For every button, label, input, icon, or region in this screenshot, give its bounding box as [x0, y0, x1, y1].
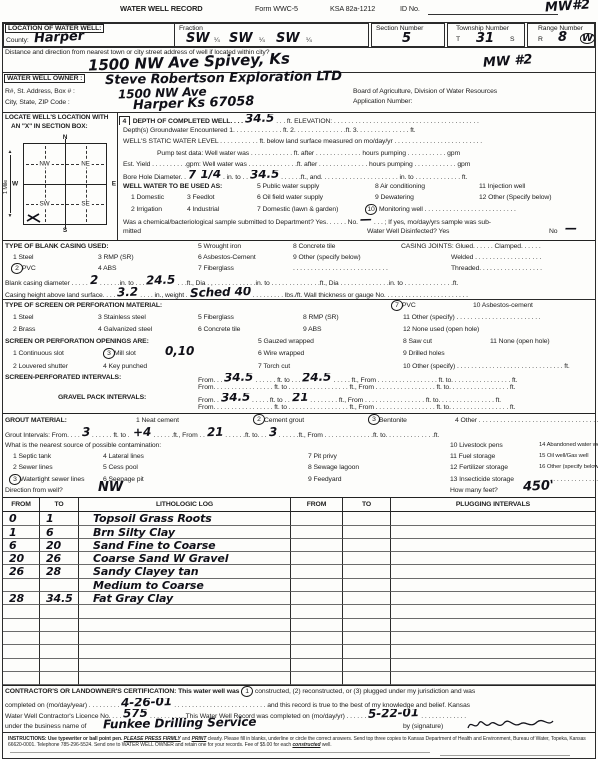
sample-question-cont: . . . ; If yes, mo/day/yrs sample was su… — [374, 219, 491, 226]
log-to-cell — [40, 579, 79, 592]
table-row: 28 34.5 Fat Gray Clay — [3, 592, 595, 605]
screen-perforated-line-2: From. . . . . . . . . . . . . . . . . ft… — [3, 383, 595, 393]
log-from-cell — [3, 672, 40, 685]
log-to-cell: 20 — [40, 539, 79, 552]
agency-name: Board of Agriculture, Division of Water … — [353, 88, 497, 95]
casing-option-1: 1 Steel — [13, 252, 33, 263]
table-row — [3, 645, 595, 658]
log-to-cell: 1 — [40, 512, 79, 525]
grout-option-3-label: Bentonite — [379, 414, 407, 427]
cert-line-4: under the business name of Funkee Drilli… — [3, 721, 595, 733]
grout-option-4: 4 Other . . . . . . . . . . . . . . . . … — [455, 414, 598, 427]
log-to-cell — [40, 619, 79, 632]
plugging-intervals-cell — [391, 645, 595, 658]
section-box-diagram: ▲ ▼ 1 Mile NW NE SW SE — [23, 143, 107, 225]
use-title: WELL WATER TO BE USED AS: — [123, 181, 222, 192]
use-option-9: 9 Dewatering — [375, 192, 414, 203]
plugging-intervals-cell — [391, 579, 595, 592]
screen-option-12: 12 None used (open hole) — [403, 324, 479, 335]
grout-seg-d: . . . . . .ft. to. . . — [225, 432, 266, 439]
fraction-divider — [174, 24, 175, 46]
plugging-intervals-cell — [391, 526, 595, 539]
contam-option-3-label: Watertight sewer lines — [20, 474, 84, 485]
contam-option-7: 7 Pit privy — [308, 451, 337, 462]
contam-row-2: 1 Septic tank 4 Lateral lines 7 Pit priv… — [3, 451, 595, 462]
elevation-label: . . . ft. ELEVATION: . . . . . . . . . .… — [276, 118, 479, 125]
screen-perforated-label: SCREEN-PERFORATED INTERVALS: — [5, 373, 121, 383]
plug-from-cell — [291, 672, 343, 685]
log-from-cell — [3, 632, 40, 645]
bore-label: Bore Hole Diameter. . — [123, 174, 186, 181]
log-to-cell: 34.5 — [40, 592, 79, 605]
plugging-intervals-cell — [391, 619, 595, 632]
plug-to-cell — [343, 579, 391, 592]
plug-from-cell — [291, 512, 343, 525]
table-row — [3, 632, 595, 645]
location-row: LOCATION OF WATER WELL: County: Harper F… — [3, 23, 595, 47]
quadrant-sw-label: SW — [38, 201, 52, 208]
screen-row-1: TYPE OF SCREEN OR PERFORATION MATERIAL: … — [3, 300, 595, 312]
log-description-cell: Brn Silty Clay — [79, 526, 291, 539]
contam-option-14: 14 Abandoned water well — [539, 440, 598, 451]
log-description-cell: Medium to Coarse — [79, 579, 291, 592]
plug-from-cell — [291, 565, 343, 578]
joints-threaded-label: Threaded. . . . . . . . . . . . . . . . … — [451, 263, 542, 274]
constructed-underlined: constructed — [292, 742, 320, 748]
weight-value-handwritten: Sched 40 — [189, 287, 250, 299]
city-value-handwritten: Harper Ks 67058 — [133, 94, 255, 113]
sample-line-1: Was a chemical/bacteriological sample su… — [117, 215, 595, 226]
log-to-cell: 28 — [40, 565, 79, 578]
sample-line-2: mitted Water Well Disinfected? Yes No — — [117, 226, 595, 237]
table-row: 26 28 Sandy Clayey tan — [3, 565, 595, 578]
bore-hole-line: Bore Hole Diameter. .7 1/4. in. to . .34… — [117, 170, 595, 181]
log-to-cell: 6 — [40, 526, 79, 539]
form-header: WATER WELL RECORD Form WWC-5 KSA 82a-121… — [0, 4, 598, 22]
well-location-x-mark — [26, 211, 42, 223]
contam-option-2: 2 Sewer lines — [13, 462, 53, 473]
log-from-cell: 28 — [3, 592, 40, 605]
openings-option-8: 8 Saw cut — [403, 336, 432, 347]
east-label: E — [112, 181, 116, 188]
sp-from-handwritten: 34.5 — [224, 373, 254, 383]
casing-option-3: 3 RMP (SR) — [98, 252, 134, 263]
plug-to-cell — [343, 552, 391, 565]
screen-row-2: 1 Steel 3 Stainless steel 5 Fiberglass 8… — [3, 312, 595, 324]
locate-line2: AN "X" IN SECTION BOX: — [11, 123, 88, 130]
log-from-cell: 0 — [3, 512, 40, 525]
completed-on-label: completed on (mo/day/year) . . . . . . .… — [5, 702, 119, 709]
id-blank-line — [428, 6, 558, 15]
depth-section: 4DEPTH OF COMPLETED WELL. . . .34.5. . .… — [117, 113, 595, 241]
log-from-cell — [3, 645, 40, 658]
plug-from-cell — [291, 526, 343, 539]
disinfected-label: Water Well Disinfected? Yes — [367, 226, 449, 237]
screen-option-11: 11 Other (specify) . . . . . . . . . . .… — [403, 312, 541, 323]
mile-arrow-up-icon: ▲ — [8, 149, 13, 155]
use-row-3: 2 Irrigation 4 Industrial 7 Domestic (la… — [117, 204, 595, 215]
township-value-handwritten: 31 — [476, 31, 494, 46]
plugging-intervals-cell — [391, 605, 595, 618]
id-label: ID No. — [400, 4, 420, 13]
instructions-tail: well. — [321, 742, 332, 748]
openings-option-10: 10 Other (specify) . . . . . . . . . . .… — [403, 361, 570, 372]
plugging-intervals-cell — [391, 565, 595, 578]
contam-option-16: 16 Other (specify below) — [539, 462, 598, 473]
use-row-2: 1 Domestic 3 Feedlot 6 Oil field water s… — [117, 192, 595, 203]
section-number-handwritten: 5 — [402, 31, 411, 46]
log-from-cell — [3, 659, 40, 672]
contam-option-10: 10 Livestock pens — [450, 440, 503, 451]
log-description-cell: Sandy Clayey tan — [79, 565, 291, 578]
plug-to-cell — [343, 619, 391, 632]
disinfected-no-label: No — [549, 226, 558, 237]
openings-option-11: 11 None (open hole) — [490, 336, 550, 347]
locate-line1: LOCATE WELL'S LOCATION WITH — [5, 114, 108, 121]
use-row-1: WELL WATER TO BE USED AS: 5 Public water… — [117, 181, 595, 192]
joints-welded-label: Welded . . . . . . . . . . . . . . . . .… — [451, 252, 541, 263]
log-description-cell — [79, 672, 291, 685]
log-from-cell: 1 — [3, 526, 40, 539]
section-4-number: 4 — [119, 116, 130, 125]
locate-panel: LOCATE WELL'S LOCATION WITH AN "X" IN SE… — [3, 113, 118, 240]
plug-from-cell — [291, 645, 343, 658]
openings-option-6: 6 Wire wrapped — [258, 348, 304, 359]
log-description-cell — [79, 645, 291, 658]
plug-to-cell — [343, 592, 391, 605]
grout-seg-e: . . . . . .ft., From . . . . . . . . . .… — [279, 432, 439, 439]
wall-thickness-label: . . . . . . . . . lbs./ft. Wall thicknes… — [253, 292, 468, 299]
screen-option-5: 5 Fiberglass — [198, 312, 234, 323]
quadrant-nw-label: NW — [37, 161, 51, 168]
screen-option-10: 10 Asbestos-cement — [473, 300, 533, 311]
log-description-cell — [79, 619, 291, 632]
east-west-line — [24, 184, 106, 185]
log-to-cell — [40, 632, 79, 645]
completed-date-handwritten: 4-26-01 — [121, 698, 172, 709]
mile-arrow-down-icon: ▼ — [8, 213, 13, 219]
casing-height-line: Casing height above land surface. . . .3… — [3, 287, 595, 299]
contam-option-1: 1 Septic tank — [13, 451, 51, 462]
bore-depth-handwritten: 34.5 — [250, 170, 280, 181]
grout-option-1: 1 Neat cement — [136, 414, 179, 427]
plug-from-cell — [291, 659, 343, 672]
bore-diameter-handwritten: 7 1/4 — [188, 170, 221, 181]
contam-row-4: 3 Watertight sewer lines 6 Seepage pit 9… — [3, 474, 595, 485]
openings-row-1: SCREEN OR PERFORATION OPENINGS ARE: 5 Ga… — [3, 336, 595, 348]
plugging-intervals-cell — [391, 552, 595, 565]
range-direction-handwritten: W — [580, 33, 595, 44]
use-option-1: 1 Domestic — [131, 192, 164, 203]
signature-label: by (signature) — [403, 721, 443, 733]
lithologic-log-table: FROM TO LITHOLOGIC LOG FROM TO PLUGGING … — [3, 497, 595, 685]
log-description-cell: Coarse Sand W Gravel — [79, 552, 291, 565]
use-option-4: 4 Industrial — [187, 204, 219, 215]
plug-to-cell — [343, 659, 391, 672]
screen-option-3: 3 Stainless steel — [98, 312, 146, 323]
township-s-label: S — [510, 36, 514, 43]
screen-perforated-line-1: SCREEN-PERFORATED INTERVALS: From. . .34… — [3, 373, 595, 383]
table-row: 20 26 Coarse Sand W Gravel — [3, 552, 595, 565]
slot-size-handwritten: 0,10 — [165, 346, 194, 357]
contamination-section: What is the nearest source of possible c… — [3, 440, 595, 497]
county-label: County: — [6, 37, 29, 44]
owner-label: WATER WELL OWNER : — [4, 74, 85, 83]
cert-true-statement: . . . . . . . . . . . . . . . . . . . . … — [174, 702, 470, 709]
grout-to2-handwritten: 3 — [268, 427, 277, 439]
contam-option-9: 9 Feedyard — [308, 474, 341, 485]
grout-intervals-line: Grout Intervals: From. . . .3. . . . . .… — [3, 427, 595, 440]
screen-material-section: TYPE OF SCREEN OR PERFORATION MATERIAL: … — [3, 299, 595, 336]
cert-line-2: completed on (mo/day/year) . . . . . . .… — [3, 698, 595, 710]
form-title: WATER WELL RECORD — [120, 4, 203, 13]
business-name-handwritten: Funkee Drilling Service — [103, 716, 257, 730]
south-label: S — [63, 227, 67, 234]
dashed-line — [86, 146, 87, 222]
how-many-feet-label: How many feet? — [450, 485, 498, 496]
log-description-cell — [79, 659, 291, 672]
signature-scribble — [465, 715, 555, 733]
distance-row: Distance and direction from nearest town… — [3, 47, 595, 72]
plug-to-cell — [343, 539, 391, 552]
direction-label: Direction from well? — [5, 485, 63, 496]
disinfected-no-mark-handwritten: — — [565, 223, 577, 234]
use-option-2: 2 Irrigation — [131, 204, 162, 215]
quarter-glyph-3: ¼ — [306, 37, 312, 44]
casing-title: TYPE OF BLANK CASING USED: — [5, 241, 109, 252]
contam-option-11: 11 Fuel storage — [450, 451, 495, 462]
header-plug-from: FROM — [291, 498, 343, 511]
quarter-glyph-1: ¼ — [214, 37, 220, 44]
section-number-box: Section Number 5 — [371, 23, 445, 47]
casing-option-2-label: PVC — [22, 263, 36, 274]
cert-title: CONTRACTOR'S OR LANDOWNER'S CERTIFICATIO… — [5, 688, 239, 695]
openings-option-5: 5 Gauzed wrapped — [258, 336, 314, 347]
water-well-record-form: WATER WELL RECORD Form WWC-5 KSA 82a-121… — [0, 0, 598, 759]
table-row — [3, 659, 595, 672]
table-row: Medium to Coarse — [3, 579, 595, 592]
location-box: LOCATION OF WATER WELL: County: Harper F… — [3, 23, 369, 47]
street-label: R#, St. Address, Box # : — [5, 88, 75, 95]
use-option-6: 6 Oil field water supply — [257, 192, 323, 203]
section-number-label: Section Number — [376, 25, 423, 32]
est-yield-line: Est. Yield . . . . . . . . . .gpm: Well … — [117, 159, 595, 170]
casing-joints-label: CASING JOINTS: Glued. . . . . . Clamped.… — [401, 241, 541, 252]
intervals-section: SCREEN-PERFORATED INTERVALS: From. . .34… — [3, 373, 595, 413]
instr-and: and — [181, 736, 192, 742]
grout-option-2-label: Cement grout — [264, 414, 304, 427]
address-row: R#, St. Address, Box # : 1500 NW Ave Boa… — [3, 86, 595, 112]
diameter-to-label: . . . . . .in. to . . . — [100, 280, 145, 287]
casing-row-1: TYPE OF BLANK CASING USED: 5 Wrought iro… — [3, 241, 595, 252]
use-option-7: 7 Domestic (lawn & garden) — [257, 204, 338, 215]
sample-no-mark-handwritten: — — [360, 215, 372, 225]
cert-options: constructed, (2) reconstructed, or (3) p… — [255, 688, 475, 695]
gp-from-handwritten: 34.5 — [221, 393, 251, 403]
plug-to-cell — [343, 672, 391, 685]
log-to-cell — [40, 659, 79, 672]
table-row — [3, 605, 595, 618]
openings-option-7: 7 Torch cut — [258, 361, 290, 372]
fraction-sw2-handwritten: SW — [229, 31, 253, 46]
log-to-cell — [40, 672, 79, 685]
west-label: W — [12, 181, 18, 188]
grout-seg-c: . . . . . .ft., From . . — [154, 432, 205, 439]
plug-from-cell — [291, 539, 343, 552]
casing-diameter-line: Blank casing diameter . . . . .2. . . . … — [3, 275, 595, 287]
grout-section: GROUT MATERIAL: 1 Neat cement 2 Cement g… — [3, 413, 595, 440]
table-row — [3, 672, 595, 685]
cert-constructed-circled: 1 — [241, 686, 253, 697]
use-option-12: 12 Other (Specify below) — [479, 192, 551, 203]
well-id-handwritten: MW#2 — [545, 0, 591, 16]
plug-from-cell — [291, 619, 343, 632]
openings-option-9: 9 Drilled holes — [403, 348, 445, 359]
diameter-value-handwritten: 2 — [89, 275, 98, 286]
pump-test-line: Pump test data: Well water was . . . . .… — [117, 148, 595, 159]
plugging-intervals-cell — [391, 672, 595, 685]
header-plug-to: TO — [343, 498, 391, 511]
plug-to-cell — [343, 512, 391, 525]
owner-row: WATER WELL OWNER : Steve Robertson Explo… — [3, 72, 595, 86]
business-name-label: under the business name of — [5, 721, 86, 733]
openings-option-4: 4 Key punched — [103, 361, 147, 372]
contam-option-5: 5 Cess pool — [103, 462, 138, 473]
gravel-pack-line-2: From. . . . . . . . . . . . . . . . . ft… — [3, 403, 595, 413]
log-to-cell — [40, 645, 79, 658]
header-to: TO — [40, 498, 79, 511]
contam-option-15: 15 Oil well/Gas well — [539, 451, 588, 462]
log-from-cell: 26 — [3, 565, 40, 578]
contam-question: What is the nearest source of possible c… — [5, 440, 161, 451]
contam-row-3: 2 Sewer lines 5 Cess pool 8 Sewage lagoo… — [3, 462, 595, 473]
plugging-intervals-cell — [391, 512, 595, 525]
depth-label: DEPTH OF COMPLETED WELL. . . . — [133, 118, 243, 125]
plugging-intervals-cell — [391, 659, 595, 672]
screen-pvc-label: PVC — [402, 300, 416, 311]
log-table-header: FROM TO LITHOLOGIC LOG FROM TO PLUGGING … — [3, 498, 595, 512]
log-description-cell — [79, 605, 291, 618]
casing-option-8: 8 Concrete tile — [293, 241, 335, 252]
press-firmly-text: PLEASE PRESS FIRMLY — [124, 736, 181, 742]
quadrant-se-label: SE — [79, 201, 91, 208]
log-from-cell — [3, 579, 40, 592]
plug-from-cell — [291, 592, 343, 605]
locate-and-depth-row: LOCATE WELL'S LOCATION WITH AN "X" IN SE… — [3, 112, 595, 240]
screen-option-2: 2 Brass — [13, 324, 35, 335]
range-r-label: R — [538, 36, 543, 43]
casing-row-3: 2 PVC 4 ABS 7 Fiberglass . . . . . . . .… — [3, 263, 595, 274]
casing-option-6: 6 Asbestos-Cement — [198, 252, 256, 263]
plug-to-cell — [343, 632, 391, 645]
scan-artifact-line — [440, 755, 570, 756]
groundwater-line: Depth(s) Groundwater Encountered 1. . . … — [117, 125, 595, 136]
gravel-pack-label: GRAVEL PACK INTERVALS: — [58, 393, 146, 403]
plug-to-cell — [343, 526, 391, 539]
openings-option-3-label: Mill slot — [114, 348, 136, 359]
fraction-sw3-handwritten: SW — [276, 31, 300, 46]
form-number: Form WWC-5 — [255, 4, 298, 13]
header-lithologic-log: LITHOLOGIC LOG — [79, 498, 291, 511]
gravel-pack-line-1: GRAVEL PACK INTERVALS: From. .34.5. . . … — [3, 393, 595, 403]
table-row: 0 1 Topsoil Grass Roots — [3, 512, 595, 525]
table-row: 6 20 Sand Fine to Coarse — [3, 539, 595, 552]
section-square: NW NE SW SE — [23, 143, 107, 225]
log-from-cell: 6 — [3, 539, 40, 552]
use-option-8: 8 Air conditioning — [375, 181, 425, 192]
log-description-cell: Topsoil Grass Roots — [79, 512, 291, 525]
dashed-line — [45, 146, 46, 222]
plug-from-cell — [291, 605, 343, 618]
screen-row-3: 2 Brass 4 Galvanized steel 6 Concrete ti… — [3, 324, 595, 336]
mile-label: 1 Mile — [3, 180, 9, 194]
record-date-handwritten: 5-22-01 — [368, 709, 419, 720]
openings-option-2: 2 Louvered shutter — [13, 361, 68, 372]
static-level-line: WELL'S STATIC WATER LEVEL . . . . . . . … — [117, 136, 595, 147]
openings-row-2: 1 Continuous slot 3 Mill slot 0,10 6 Wir… — [3, 348, 595, 360]
grout-from2-handwritten: 21 — [207, 427, 224, 439]
quarter-glyph-2: ¼ — [259, 37, 265, 44]
openings-section: SCREEN OR PERFORATION OPENINGS ARE: 5 Ga… — [3, 336, 595, 373]
casing-option-4: 4 ABS — [98, 263, 116, 274]
submitted-label: mitted — [123, 226, 141, 237]
north-label: N — [63, 134, 68, 141]
casing-row-2: 1 Steel 3 RMP (SR) 6 Asbestos-Cement 9 O… — [3, 252, 595, 263]
plug-from-cell — [291, 552, 343, 565]
well-number-handwritten: MW #2 — [483, 52, 533, 70]
casing-option-5: 5 Wrought iron — [198, 241, 241, 252]
grout-seg-b: . . . . . . ft. to . — [92, 432, 131, 439]
county-value-handwritten: Harper — [34, 29, 85, 47]
grout-row-1: GROUT MATERIAL: 1 Neat cement 2 Cement g… — [3, 414, 595, 427]
gp-to-handwritten: 21 — [292, 393, 309, 402]
log-description-cell: Fat Gray Clay — [79, 592, 291, 605]
use-option-3: 3 Feedlot — [187, 192, 214, 203]
bore-and-label: . . . . . .ft., and. . . . . . . . . . .… — [281, 174, 467, 181]
range-number-box: Range Number R 8 W — [527, 23, 595, 47]
township-number-box: Township Number T 31 S — [447, 23, 525, 47]
township-t-label: T — [456, 36, 460, 43]
log-description-cell — [79, 632, 291, 645]
log-description-cell: Sand Fine to Coarse — [79, 539, 291, 552]
log-to-cell: 26 — [40, 552, 79, 565]
screen-title: TYPE OF SCREEN OR PERFORATION MATERIAL: — [5, 300, 162, 311]
table-row: 1 6 Brn Silty Clay — [3, 526, 595, 539]
depth-value-handwritten: 34.5 — [245, 114, 275, 125]
plug-to-cell — [343, 565, 391, 578]
casing-option-7: 7 Fiberglass — [198, 263, 234, 274]
form-body: LOCATION OF WATER WELL: County: Harper F… — [2, 22, 596, 759]
mile-bar — [10, 155, 11, 213]
direction-value-handwritten: NW — [98, 482, 123, 493]
fraction-sw1-handwritten: SW — [186, 31, 210, 46]
weight-label: . . . . in., weight . — [140, 292, 187, 299]
header-from: FROM — [3, 498, 40, 511]
contam-option-8: 8 Sewage lagoon — [308, 462, 359, 473]
plug-to-cell — [343, 645, 391, 658]
screen-option-6: 6 Concrete tile — [198, 324, 240, 335]
height-value-handwritten: 3.2 — [117, 287, 138, 298]
cert-line-1: CONTRACTOR'S OR LANDOWNER'S CERTIFICATIO… — [3, 686, 595, 698]
city-label: City, State, ZIP Code : — [5, 99, 70, 106]
print-text: PRINT — [192, 736, 207, 742]
diameter-depth-handwritten: 24.5 — [146, 275, 176, 287]
openings-row-3: 2 Louvered shutter 4 Key punched 7 Torch… — [3, 361, 595, 373]
bore-to-label: . in. to . . — [223, 174, 248, 181]
instructions-lead: INSTRUCTIONS: Use typewriter or ball poi… — [8, 736, 124, 742]
range-value-handwritten: 8 — [558, 30, 567, 45]
openings-title: SCREEN OR PERFORATION OPENINGS ARE: — [5, 336, 149, 347]
